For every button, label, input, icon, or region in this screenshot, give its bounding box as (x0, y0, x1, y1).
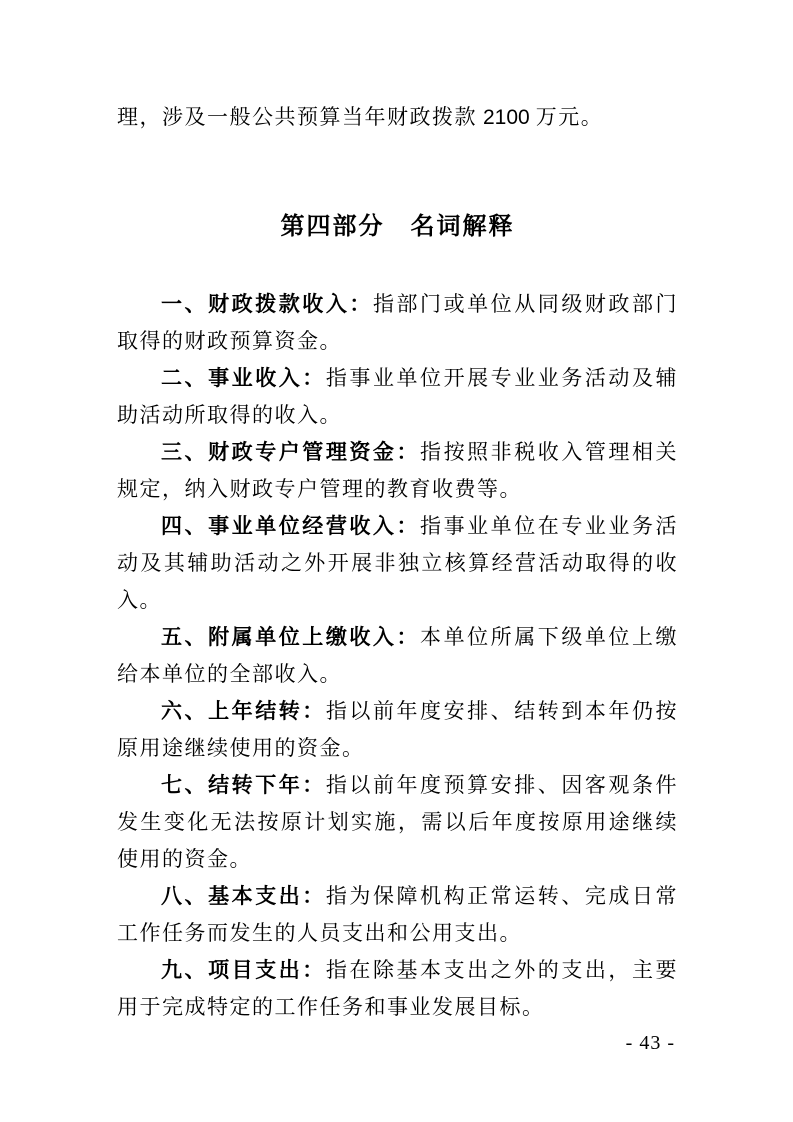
document-page: 理，涉及一般公共预算当年财政拨款2100万元。 第四部分 名词解释 一、财政拨款… (0, 0, 793, 1122)
definition-term: 五、附属单位上缴收入： (161, 626, 420, 649)
intro-text-suffix: 万元。 (536, 105, 604, 129)
definition-term: 七、结转下年： (161, 774, 326, 797)
funding-amount: 2100 (483, 106, 530, 129)
definition-term: 一、财政拨款收入： (161, 293, 373, 316)
definition-item: 九、项目支出：指在除基本支出之外的支出，主要用于完成特定的工作任务和事业发展目标… (117, 952, 678, 1026)
definition-item: 一、财政拨款收入：指部门或单位从同级财政部门取得的财政预算资金。 (117, 286, 678, 360)
intro-text-prefix: 理，涉及一般公共预算当年财政拨款 (117, 105, 477, 129)
definitions-list: 一、财政拨款收入：指部门或单位从同级财政部门取得的财政预算资金。 二、事业收入：… (117, 286, 678, 1026)
page-content: 理，涉及一般公共预算当年财政拨款2100万元。 第四部分 名词解释 一、财政拨款… (117, 99, 678, 1026)
definition-item: 五、附属单位上缴收入：本单位所属下级单位上缴给本单位的全部收入。 (117, 619, 678, 693)
definition-term: 二、事业收入： (161, 367, 326, 390)
definition-term: 四、事业单位经营收入： (161, 515, 420, 538)
page-number: - 43 - (626, 1031, 675, 1055)
definition-item: 八、基本支出：指为保障机构正常运转、完成日常工作任务而发生的人员支出和公用支出。 (117, 878, 678, 952)
definition-term: 八、基本支出： (161, 885, 326, 908)
definition-term: 九、项目支出： (161, 959, 326, 982)
definition-item: 七、结转下年：指以前年度预算安排、因客观条件发生变化无法按原计划实施，需以后年度… (117, 767, 678, 878)
section-heading: 第四部分 名词解释 (117, 210, 678, 243)
definition-item: 二、事业收入：指事业单位开展专业业务活动及辅助活动所取得的收入。 (117, 360, 678, 434)
intro-paragraph: 理，涉及一般公共预算当年财政拨款2100万元。 (117, 99, 678, 136)
definition-term: 三、财政专户管理资金： (161, 441, 420, 464)
definition-item: 三、财政专户管理资金：指按照非税收入管理相关规定，纳入财政专户管理的教育收费等。 (117, 434, 678, 508)
definition-term: 六、上年结转： (161, 700, 326, 723)
definition-item: 四、事业单位经营收入：指事业单位在专业业务活动及其辅助活动之外开展非独立核算经营… (117, 508, 678, 619)
definition-item: 六、上年结转：指以前年度安排、结转到本年仍按原用途继续使用的资金。 (117, 693, 678, 767)
